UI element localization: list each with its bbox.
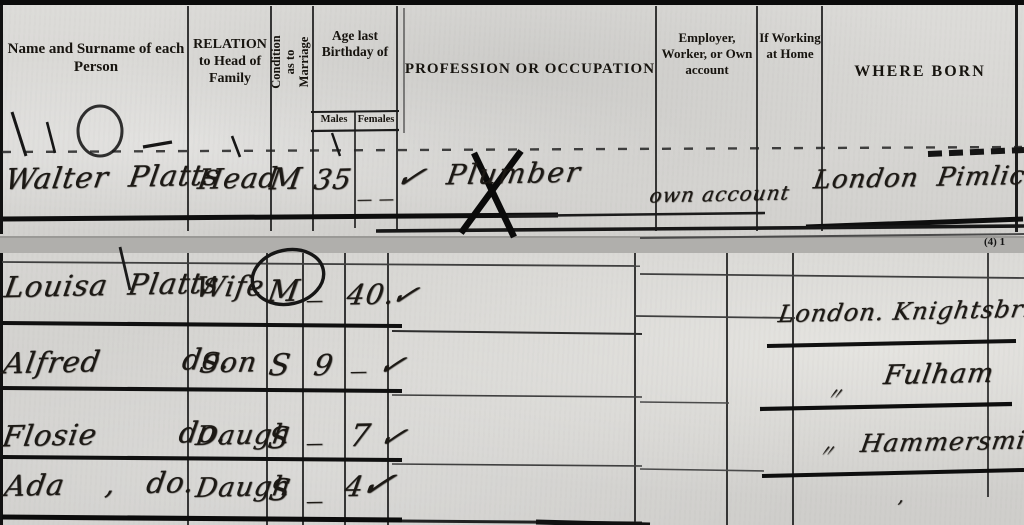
ink-smear — [928, 150, 1024, 154]
ink-underline — [762, 470, 1024, 476]
cell-born: Hammersmith — [859, 427, 1024, 456]
cell-relation: Son — [198, 348, 260, 377]
header-condition: Condition as to Marriage — [264, 10, 316, 114]
header-relation: RELATION to Head of Family — [190, 36, 270, 87]
row-rule — [640, 469, 764, 471]
cell-name: Louisa Platts — [2, 269, 221, 302]
row-rule — [392, 331, 642, 334]
cell-name: Walter Platts — [3, 161, 221, 194]
header-born: WHERE BORN — [824, 62, 1016, 82]
cell-condition: M — [266, 277, 302, 308]
header-age-males: Males — [313, 114, 355, 127]
cell-occupation: Plumber — [445, 159, 584, 190]
strip-bottom-rule — [376, 226, 1024, 231]
census-page-scan: Name and Surname of each Person RELATION… — [0, 0, 1024, 525]
left-border-top — [0, 5, 3, 234]
header-home: If Working at Home — [758, 30, 822, 62]
age-subheader-rule — [311, 111, 399, 112]
ink-underline — [2, 517, 402, 520]
ink-underline — [760, 404, 1012, 409]
right-border-top — [1015, 5, 1018, 232]
top-border — [0, 0, 1024, 5]
row-rule — [2, 147, 1022, 152]
row-rule — [640, 274, 1024, 278]
cell-age-male: — — [305, 436, 326, 453]
row-rule — [392, 395, 642, 397]
ink-underline — [767, 341, 1016, 346]
cell-age-male: — — [305, 293, 326, 310]
header-employer: Employer, Worker, or Own account — [658, 30, 756, 78]
header-condition-label: Condition as to Marriage — [269, 35, 311, 89]
header-name: Name and Surname of each Person — [6, 40, 186, 77]
cell-condition: M — [268, 165, 304, 196]
ink-underline — [2, 323, 402, 326]
cell-born-ditto: 〃 — [825, 387, 846, 404]
ink-underline — [2, 457, 402, 460]
ink-underline — [2, 388, 402, 391]
cell-age-male: 35 — [312, 166, 354, 195]
handwriting-fragment — [12, 112, 26, 156]
cell-employer: own account — [648, 183, 791, 206]
cell-condition: S — [267, 351, 293, 381]
row-rule — [640, 402, 729, 403]
cell-age-male: — — [305, 494, 326, 511]
scan-splice-band — [0, 237, 1024, 253]
age-subheader-rule — [311, 130, 399, 131]
header-occupation: PROFESSION OR OCCUPATION — [404, 60, 656, 78]
cell-name: Ada , do. — [2, 468, 196, 501]
cell-relation: Wife — [194, 272, 267, 301]
handwriting-fragment — [47, 122, 55, 153]
cell-relation: Head — [196, 164, 280, 194]
row-rule — [635, 316, 795, 318]
cell-born-ditto: 〃 — [817, 444, 838, 461]
cell-condition: S — [267, 476, 293, 506]
handwriting-fragment — [232, 136, 240, 157]
page-note: (4) 1 — [984, 236, 1005, 248]
cell-born: London Pimlico — [812, 163, 1024, 194]
cell-born: London. Knightsbridge — [777, 296, 1024, 326]
cell-age-female: — — [349, 364, 370, 381]
cell-born: Fulham — [882, 360, 996, 389]
handwriting-fragment — [78, 106, 122, 156]
header-age-females: Females — [355, 114, 397, 127]
row-rule — [392, 464, 642, 466]
cell-condition: S — [266, 424, 292, 454]
handwriting-fragment — [332, 133, 340, 156]
header-age: Age last Birthday of — [313, 28, 397, 61]
handwriting-fragment — [143, 142, 172, 147]
